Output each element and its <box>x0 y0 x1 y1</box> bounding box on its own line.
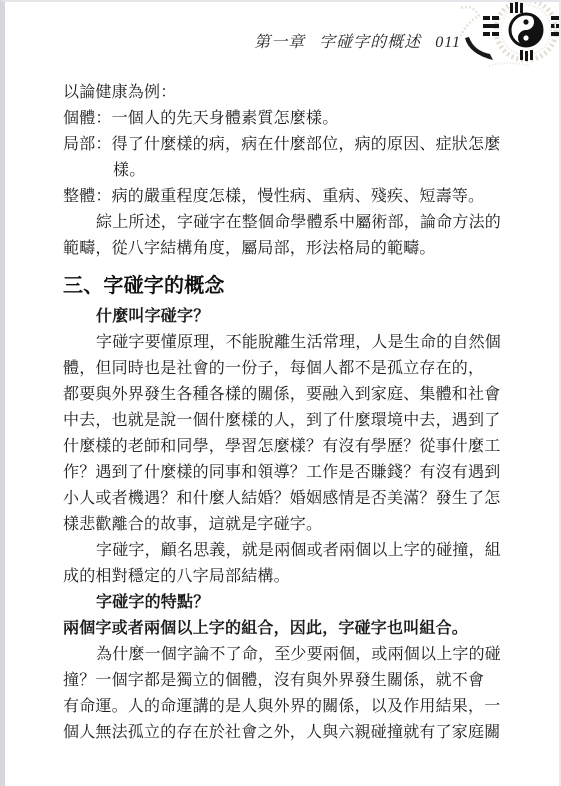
body-line: 兩個字或者兩個以上字的組合，因此，字碰字也叫組合。 <box>63 616 508 642</box>
chapter-label: 第一章 <box>254 34 305 51</box>
body-line: 字碰字，顧名思義，就是兩個或者兩個以上字的碰撞，組 <box>63 538 508 564</box>
body-line: 整體：病的嚴重程度怎樣，慢性病、重病、殘疾、短壽等。 <box>63 184 508 210</box>
body-line: 小人或者機遇？和什麼人結婚？婚姻感情是否美滿？發生了怎 <box>63 486 508 512</box>
body-line: 撞？一個字都是獨立的個體，沒有與外界發生關係，就不會 <box>63 668 508 694</box>
sub-heading: 字碰字的特點？ <box>63 590 508 616</box>
body-line: 範疇，從八字結構角度，屬局部，形法格局的範疇。 <box>63 236 508 262</box>
body-line: 綜上所述，字碰字在整個命學體系中屬術部，論命方法的 <box>63 210 508 236</box>
body-line: 成的相對穩定的八字局部結構。 <box>63 564 508 590</box>
body-line: 作？遇到了什麼樣的同事和領導？工作是否賺錢？有沒有遇到 <box>63 460 508 486</box>
body-line: 個人無法孤立的存在於社會之外，人與六親碰撞就有了家庭關 <box>63 720 508 746</box>
page-number: 011 <box>435 34 461 51</box>
page-body: 以論健康為例： 個體：一個人的先天身體素質怎麼樣。 局部：得了什麼樣的病，病在什… <box>63 80 508 746</box>
section-heading: 三、字碰字的概念 <box>63 271 508 301</box>
body-line: 有命運。人的命運講的是人與外界的關係，以及作用結果，一 <box>63 694 508 720</box>
body-line: 體，但同時也是社會的一份子，每個人都不是孤立存在的， <box>63 356 508 382</box>
body-line: 樣悲歡離合的故事，這就是字碰字。 <box>63 512 508 538</box>
body-line: 個體：一個人的先天身體素質怎麼樣。 <box>63 106 508 132</box>
body-line: 以論健康為例： <box>63 80 508 106</box>
book-page: 第一章字碰字的概述011 <box>0 0 561 786</box>
bagua-yinyang-icon <box>459 2 559 70</box>
chapter-title: 字碰字的概述 <box>319 34 421 51</box>
sub-heading: 什麼叫字碰字？ <box>63 304 508 330</box>
body-line: 樣。 <box>63 158 508 184</box>
body-line: 字碰字要懂原理，不能脫離生活常理，人是生命的自然個 <box>63 330 508 356</box>
running-header: 第一章字碰字的概述011 <box>254 29 461 52</box>
body-line: 中去，也就是說一個什麼樣的人，到了什麼環境中去，遇到了 <box>63 408 508 434</box>
body-line: 局部：得了什麼樣的病，病在什麼部位，病的原因、症狀怎麼 <box>63 132 508 158</box>
body-line: 都要與外界發生各種各樣的關係，要融入到家庭、集體和社會 <box>63 382 508 408</box>
body-line: 什麼樣的老師和同學，學習怎麼樣？有沒有學歷？從事什麼工 <box>63 434 508 460</box>
body-line: 為什麼一個字論不了命，至少要兩個，或兩個以上字的碰 <box>63 642 508 668</box>
